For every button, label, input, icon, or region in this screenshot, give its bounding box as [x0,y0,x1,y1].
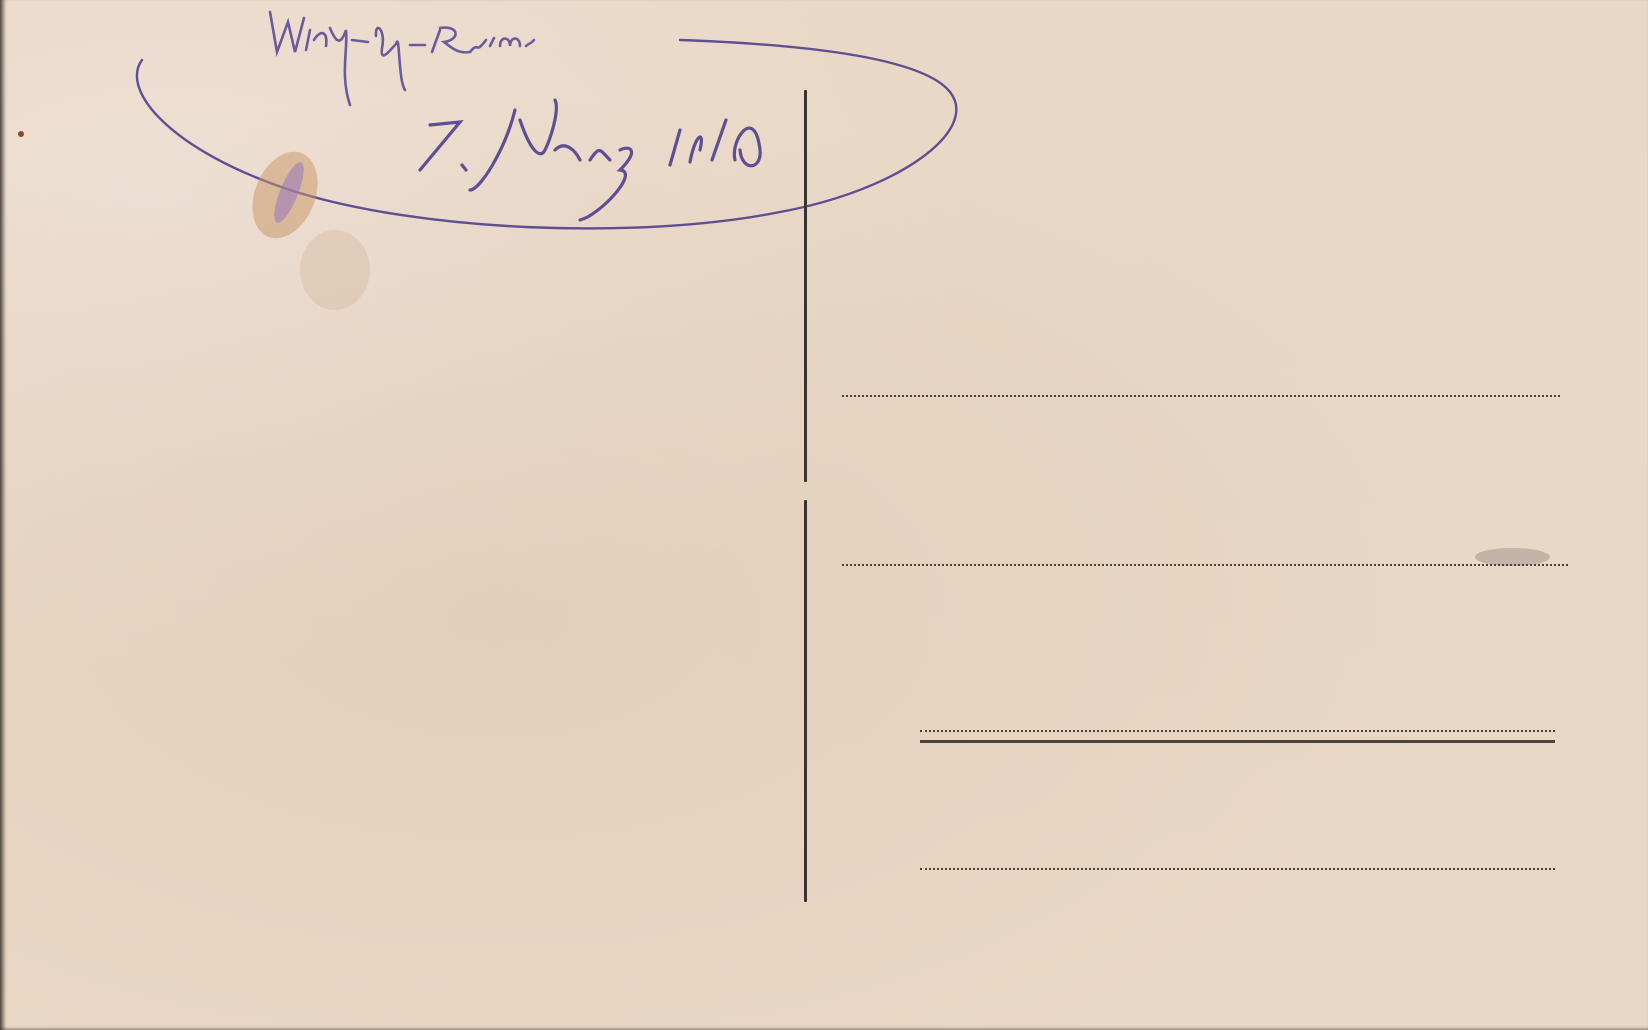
smudge-mark [1475,548,1550,566]
stain-faint [300,230,370,310]
center-divider-bottom [804,500,807,902]
address-line-3 [920,730,1555,732]
address-line-2 [842,564,1568,566]
center-divider-top [804,90,807,482]
handwritten-cancellation [0,0,1648,1030]
stain-dot [18,131,24,137]
address-line-4 [920,868,1555,870]
postcard-back: Witry-lez-Reims 7. März 1916 [0,0,1648,1030]
address-line-1 [842,395,1560,397]
address-line-3-underline [920,740,1555,743]
